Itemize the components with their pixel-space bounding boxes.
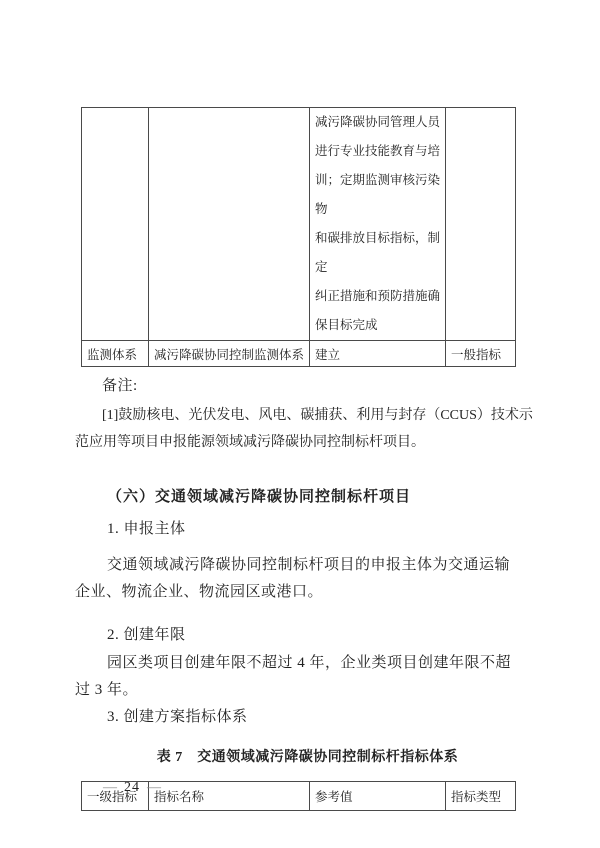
footer-page-number: 24 bbox=[124, 780, 140, 796]
cell-indicator-type bbox=[446, 108, 516, 341]
item-2-title: 2. 创建年限 bbox=[75, 622, 540, 649]
page-footer: — 24 — bbox=[103, 780, 161, 796]
header-indicator-type: 指标类型 bbox=[446, 782, 516, 811]
remarks-label: 备注: bbox=[75, 373, 540, 400]
item-3-title: 3. 创建方案指标体系 bbox=[75, 704, 540, 731]
document-page: 减污降碳协同管理人员 进行专业技能教育与培 训；定期监测审核污染物 和碳排放目标… bbox=[0, 0, 600, 848]
cell-indicator-name bbox=[149, 108, 310, 341]
indicator-table-continued: 减污降碳协同管理人员 进行专业技能教育与培 训；定期监测审核污染物 和碳排放目标… bbox=[81, 107, 516, 367]
item-1-body: 交通领域减污降碳协同控制标杆项目的申报主体为交通运输 企业、物流企业、物流园区或… bbox=[75, 552, 540, 606]
section-6-heading: （六）交通领域减污降碳协同控制标杆项目 bbox=[75, 484, 540, 511]
cell-indicator-type: 一般指标 bbox=[446, 341, 516, 367]
table-row: 监测体系 减污降碳协同控制监测体系 建立 一般指标 bbox=[82, 341, 516, 367]
footer-dash-left: — bbox=[103, 780, 117, 796]
header-reference-value: 参考值 bbox=[310, 782, 446, 811]
cell-level-1-indicator bbox=[82, 108, 149, 341]
footer-dash-right: — bbox=[147, 780, 161, 796]
cell-level-1-indicator: 监测体系 bbox=[82, 341, 149, 367]
cell-reference-value: 建立 bbox=[310, 341, 446, 367]
page-content: 减污降碳协同管理人员 进行专业技能教育与培 训；定期监测审核污染物 和碳排放目标… bbox=[75, 107, 540, 811]
header-indicator-name: 指标名称 bbox=[149, 782, 310, 811]
cell-indicator-name: 减污降碳协同控制监测体系 bbox=[149, 341, 310, 367]
item-1-title: 1. 申报主体 bbox=[75, 516, 540, 543]
table-7-caption: 表 7 交通领域减污降碳协同控制标杆指标体系 bbox=[75, 744, 540, 771]
cell-reference-value: 减污降碳协同管理人员 进行专业技能教育与培 训；定期监测审核污染物 和碳排放目标… bbox=[310, 108, 446, 341]
item-2-body: 园区类项目创建年限不超过 4 年，企业类项目创建年限不超 过 3 年。 bbox=[75, 650, 540, 704]
remarks-note-1: [1]鼓励核电、光伏发电、风电、碳捕获、利用与封存（CCUS）技术示 范应用等项… bbox=[75, 402, 540, 456]
table-row: 减污降碳协同管理人员 进行专业技能教育与培 训；定期监测审核污染物 和碳排放目标… bbox=[82, 108, 516, 341]
